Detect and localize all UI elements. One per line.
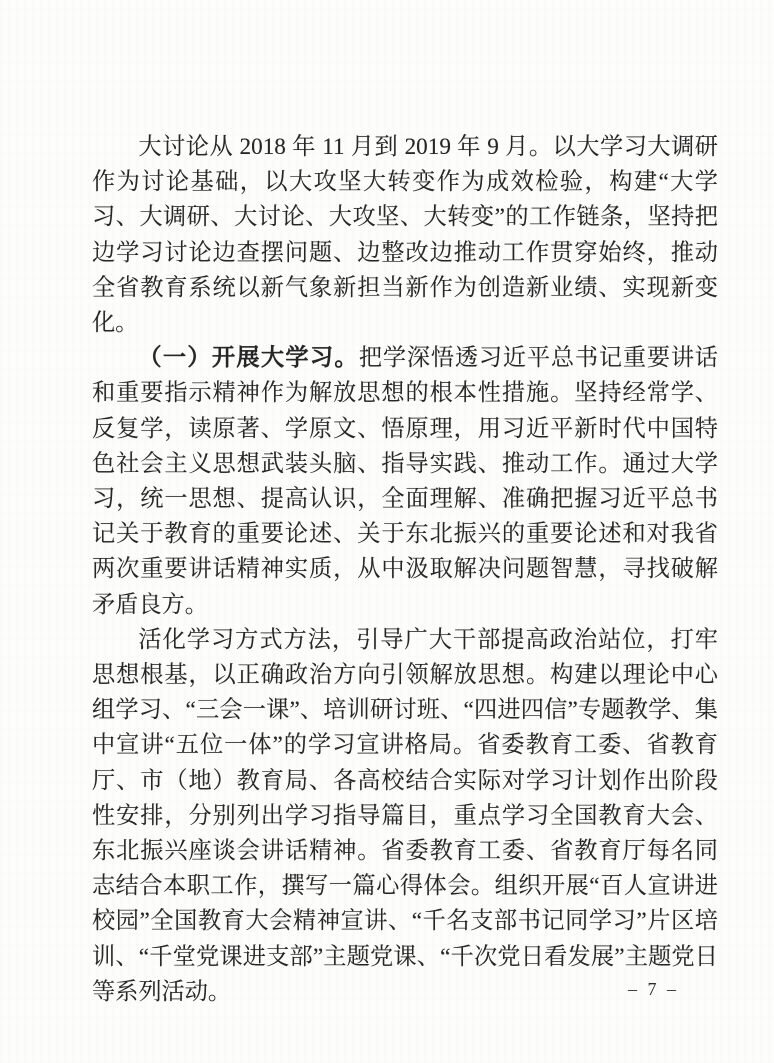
paragraph-lead: （一）开展大学习。 — [138, 345, 358, 371]
scanned-document-page: 大讨论从 2018 年 11 月到 2019 年 9 月。以大学习大调研作为讨论… — [0, 0, 774, 1063]
paragraph-text: 大讨论从 2018 年 11 月到 2019 年 9 月。以大学习大调研作为讨论… — [92, 134, 718, 336]
page-number: – 7 – — [628, 979, 679, 1000]
paragraph: 大讨论从 2018 年 11 月到 2019 年 9 月。以大学习大调研作为讨论… — [92, 130, 718, 341]
paragraph: 活化学习方式方法，引导广大干部提高政治站位，打牢思想根基，以正确政治方向引领解放… — [92, 623, 718, 1010]
paragraph-text: 把学深悟透习近平总书记重要讲话和重要指示精神作为解放思想的根本性措施。坚持经常学… — [92, 345, 718, 617]
document-body: 大讨论从 2018 年 11 月到 2019 年 9 月。以大学习大调研作为讨论… — [92, 130, 718, 1010]
paragraph: （一）开展大学习。把学深悟透习近平总书记重要讲话和重要指示精神作为解放思想的根本… — [92, 341, 718, 623]
paragraph-text: 活化学习方式方法，引导广大干部提高政治站位，打牢思想根基，以正确政治方向引领解放… — [92, 627, 718, 1005]
